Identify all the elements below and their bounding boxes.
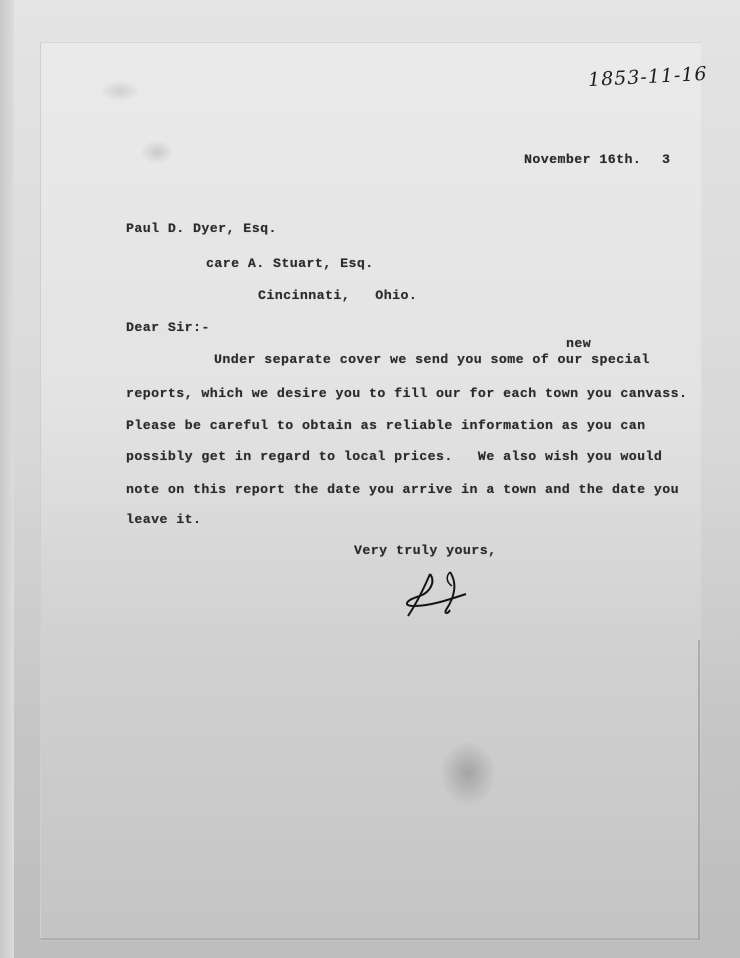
dateline: November 16th. (524, 152, 641, 167)
body-line: leave it. (126, 512, 201, 527)
recipient-care-of: care A. Stuart, Esq. (206, 256, 374, 271)
closing: Very truly yours, (354, 543, 496, 558)
scanner-edge (0, 0, 14, 958)
smudge-mark (100, 80, 140, 102)
paper-edge-right (698, 640, 700, 940)
body-line: Under separate cover we send you some of… (214, 352, 650, 367)
paper-edge-bottom (40, 938, 700, 940)
recipient-location: Cincinnati, Ohio. (258, 288, 417, 303)
body-line: reports, which we desire you to fill our… (126, 386, 687, 401)
body-line: note on this report the date you arrive … (126, 482, 679, 497)
body-line: Please be careful to obtain as reliable … (126, 418, 646, 433)
smudge-mark (140, 140, 174, 164)
smudge-mark (440, 740, 496, 806)
body-line: possibly get in regard to local prices. … (126, 449, 662, 464)
insertion-word: new (566, 336, 591, 351)
signature-mark (400, 566, 470, 618)
salutation: Dear Sir:- (126, 320, 210, 335)
page-marker: 3 (662, 152, 670, 167)
recipient-name: Paul D. Dyer, Esq. (126, 221, 277, 236)
